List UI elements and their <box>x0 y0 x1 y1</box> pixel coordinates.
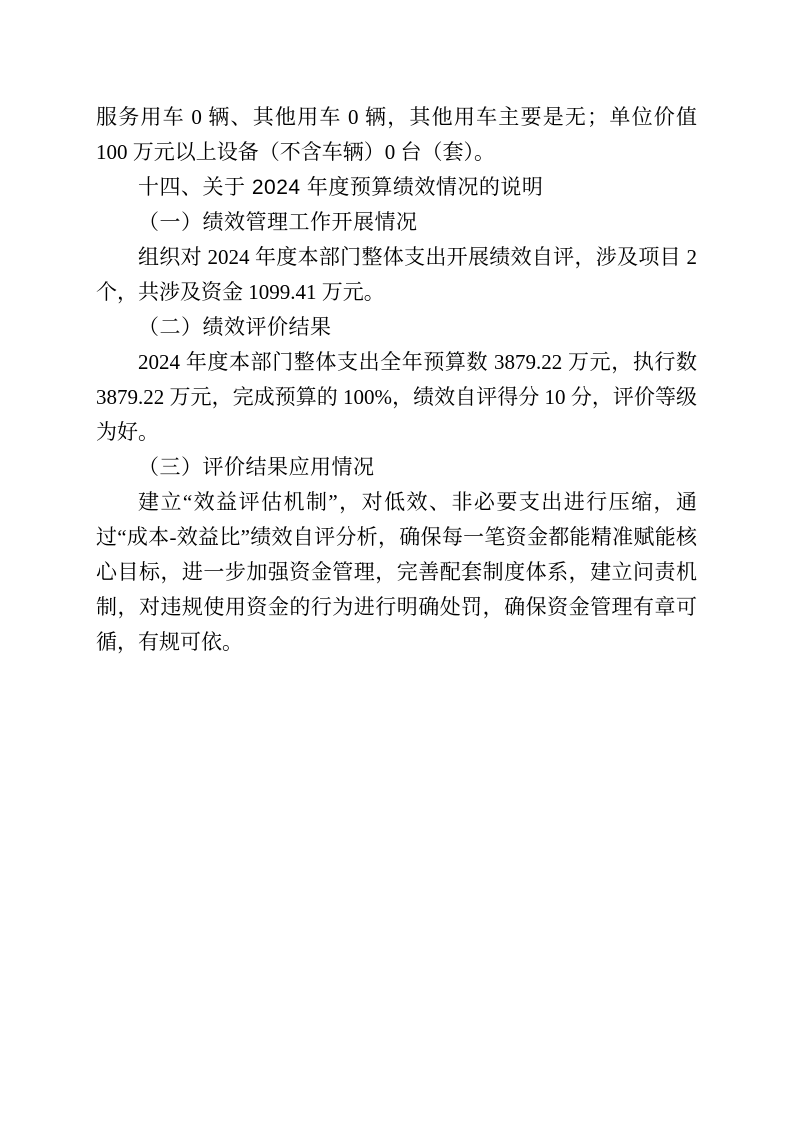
paragraph-result-application: 建立“效益评估机制”，对低效、非必要支出进行压缩，通过“成本-效益比”绩效自评分… <box>96 485 697 660</box>
subsection-heading-result-application: （三）评价结果应用情况 <box>96 450 697 485</box>
document-page: 服务用车 0 辆、其他用车 0 辆，其他用车主要是无；单位价值 100 万元以上… <box>0 0 793 1122</box>
subsection-heading-evaluation-results: （二）绩效评价结果 <box>96 310 697 345</box>
section-heading-budget-performance: 十四、关于 2024 年度预算绩效情况的说明 <box>96 170 697 205</box>
paragraph-vehicle-equipment: 服务用车 0 辆、其他用车 0 辆，其他用车主要是无；单位价值 100 万元以上… <box>96 100 697 170</box>
paragraph-self-evaluation: 组织对 2024 年度本部门整体支出开展绩效自评，涉及项目 2 个，共涉及资金 … <box>96 240 697 310</box>
subsection-heading-performance-management: （一）绩效管理工作开展情况 <box>96 205 697 240</box>
paragraph-budget-execution: 2024 年度本部门整体支出全年预算数 3879.22 万元，执行数 3879.… <box>96 345 697 450</box>
